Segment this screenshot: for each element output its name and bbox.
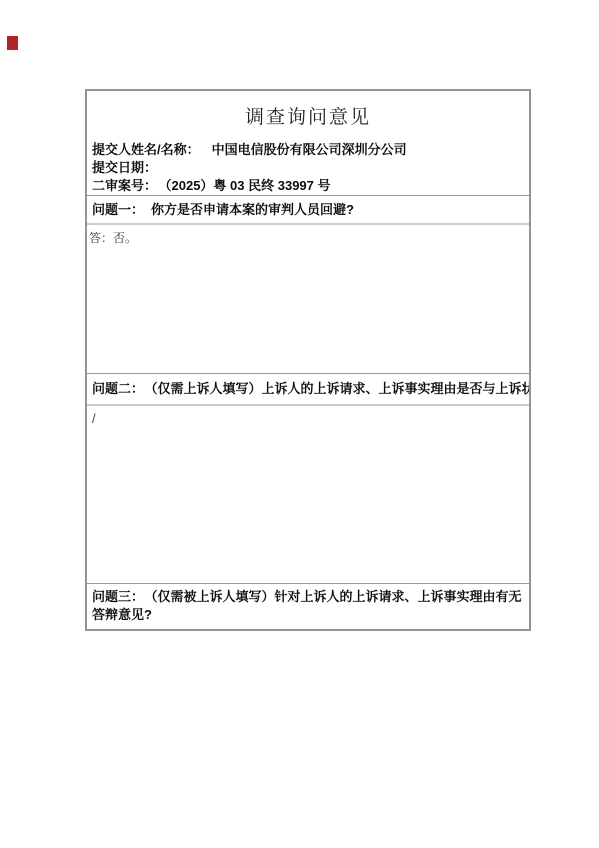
question-1-row: 问题一：你方是否申请本案的审判人员回避? [87, 196, 529, 225]
submitter-value: 中国电信股份有限公司深圳分公司 [212, 142, 407, 157]
submit-date-row: 提交日期： [92, 159, 529, 177]
case-number-label: 二审案号： [92, 178, 157, 193]
answer-1-area: 答：否。 [87, 225, 529, 374]
question-1-text: 你方是否申请本案的审判人员回避? [151, 202, 354, 217]
question-1-label: 问题一： [92, 202, 144, 217]
title-row: 调查询问意见 [87, 91, 529, 139]
page-title: 调查询问意见 [245, 102, 371, 129]
question-2-label: 问题二： [92, 381, 144, 396]
info-block: 提交人姓名/名称：中国电信股份有限公司深圳分公司 提交日期： 二审案号：（202… [87, 139, 529, 196]
submitter-row: 提交人姓名/名称：中国电信股份有限公司深圳分公司 [92, 141, 529, 159]
question-2-text: （仅需上诉人填写）上诉人的上诉请求、上诉事实理由是否与上诉状一致? [151, 381, 529, 396]
answer-2-area: / [87, 406, 529, 584]
question-2-row: 问题二：（仅需上诉人填写）上诉人的上诉请求、上诉事实理由是否与上诉状一致? [87, 374, 529, 406]
inquiry-form-table: 调查询问意见 提交人姓名/名称：中国电信股份有限公司深圳分公司 提交日期： 二审… [85, 89, 531, 631]
question-3-row: 问题三：（仅需被上诉人填写）针对上诉人的上诉请求、上诉事实理由有无答辩意见? [87, 584, 529, 629]
answer-1-text: 答：否。 [89, 231, 137, 245]
case-number-row: 二审案号：（2025）粤 03 民终 33997 号 [92, 177, 529, 195]
red-stamp-marker [7, 36, 18, 50]
page: { "page": { "marker_color": "#b0232a" },… [0, 0, 599, 848]
answer-2-text: / [92, 411, 96, 426]
question-3-text: （仅需被上诉人填写）针对上诉人的上诉请求、上诉事实理由有无答辩意见? [92, 589, 522, 622]
question-3-label: 问题三： [92, 589, 144, 604]
case-number-value: （2025）粤 03 民终 33997 号 [165, 178, 330, 193]
submit-date-label: 提交日期： [92, 160, 157, 175]
submitter-label: 提交人姓名/名称： [92, 142, 200, 157]
